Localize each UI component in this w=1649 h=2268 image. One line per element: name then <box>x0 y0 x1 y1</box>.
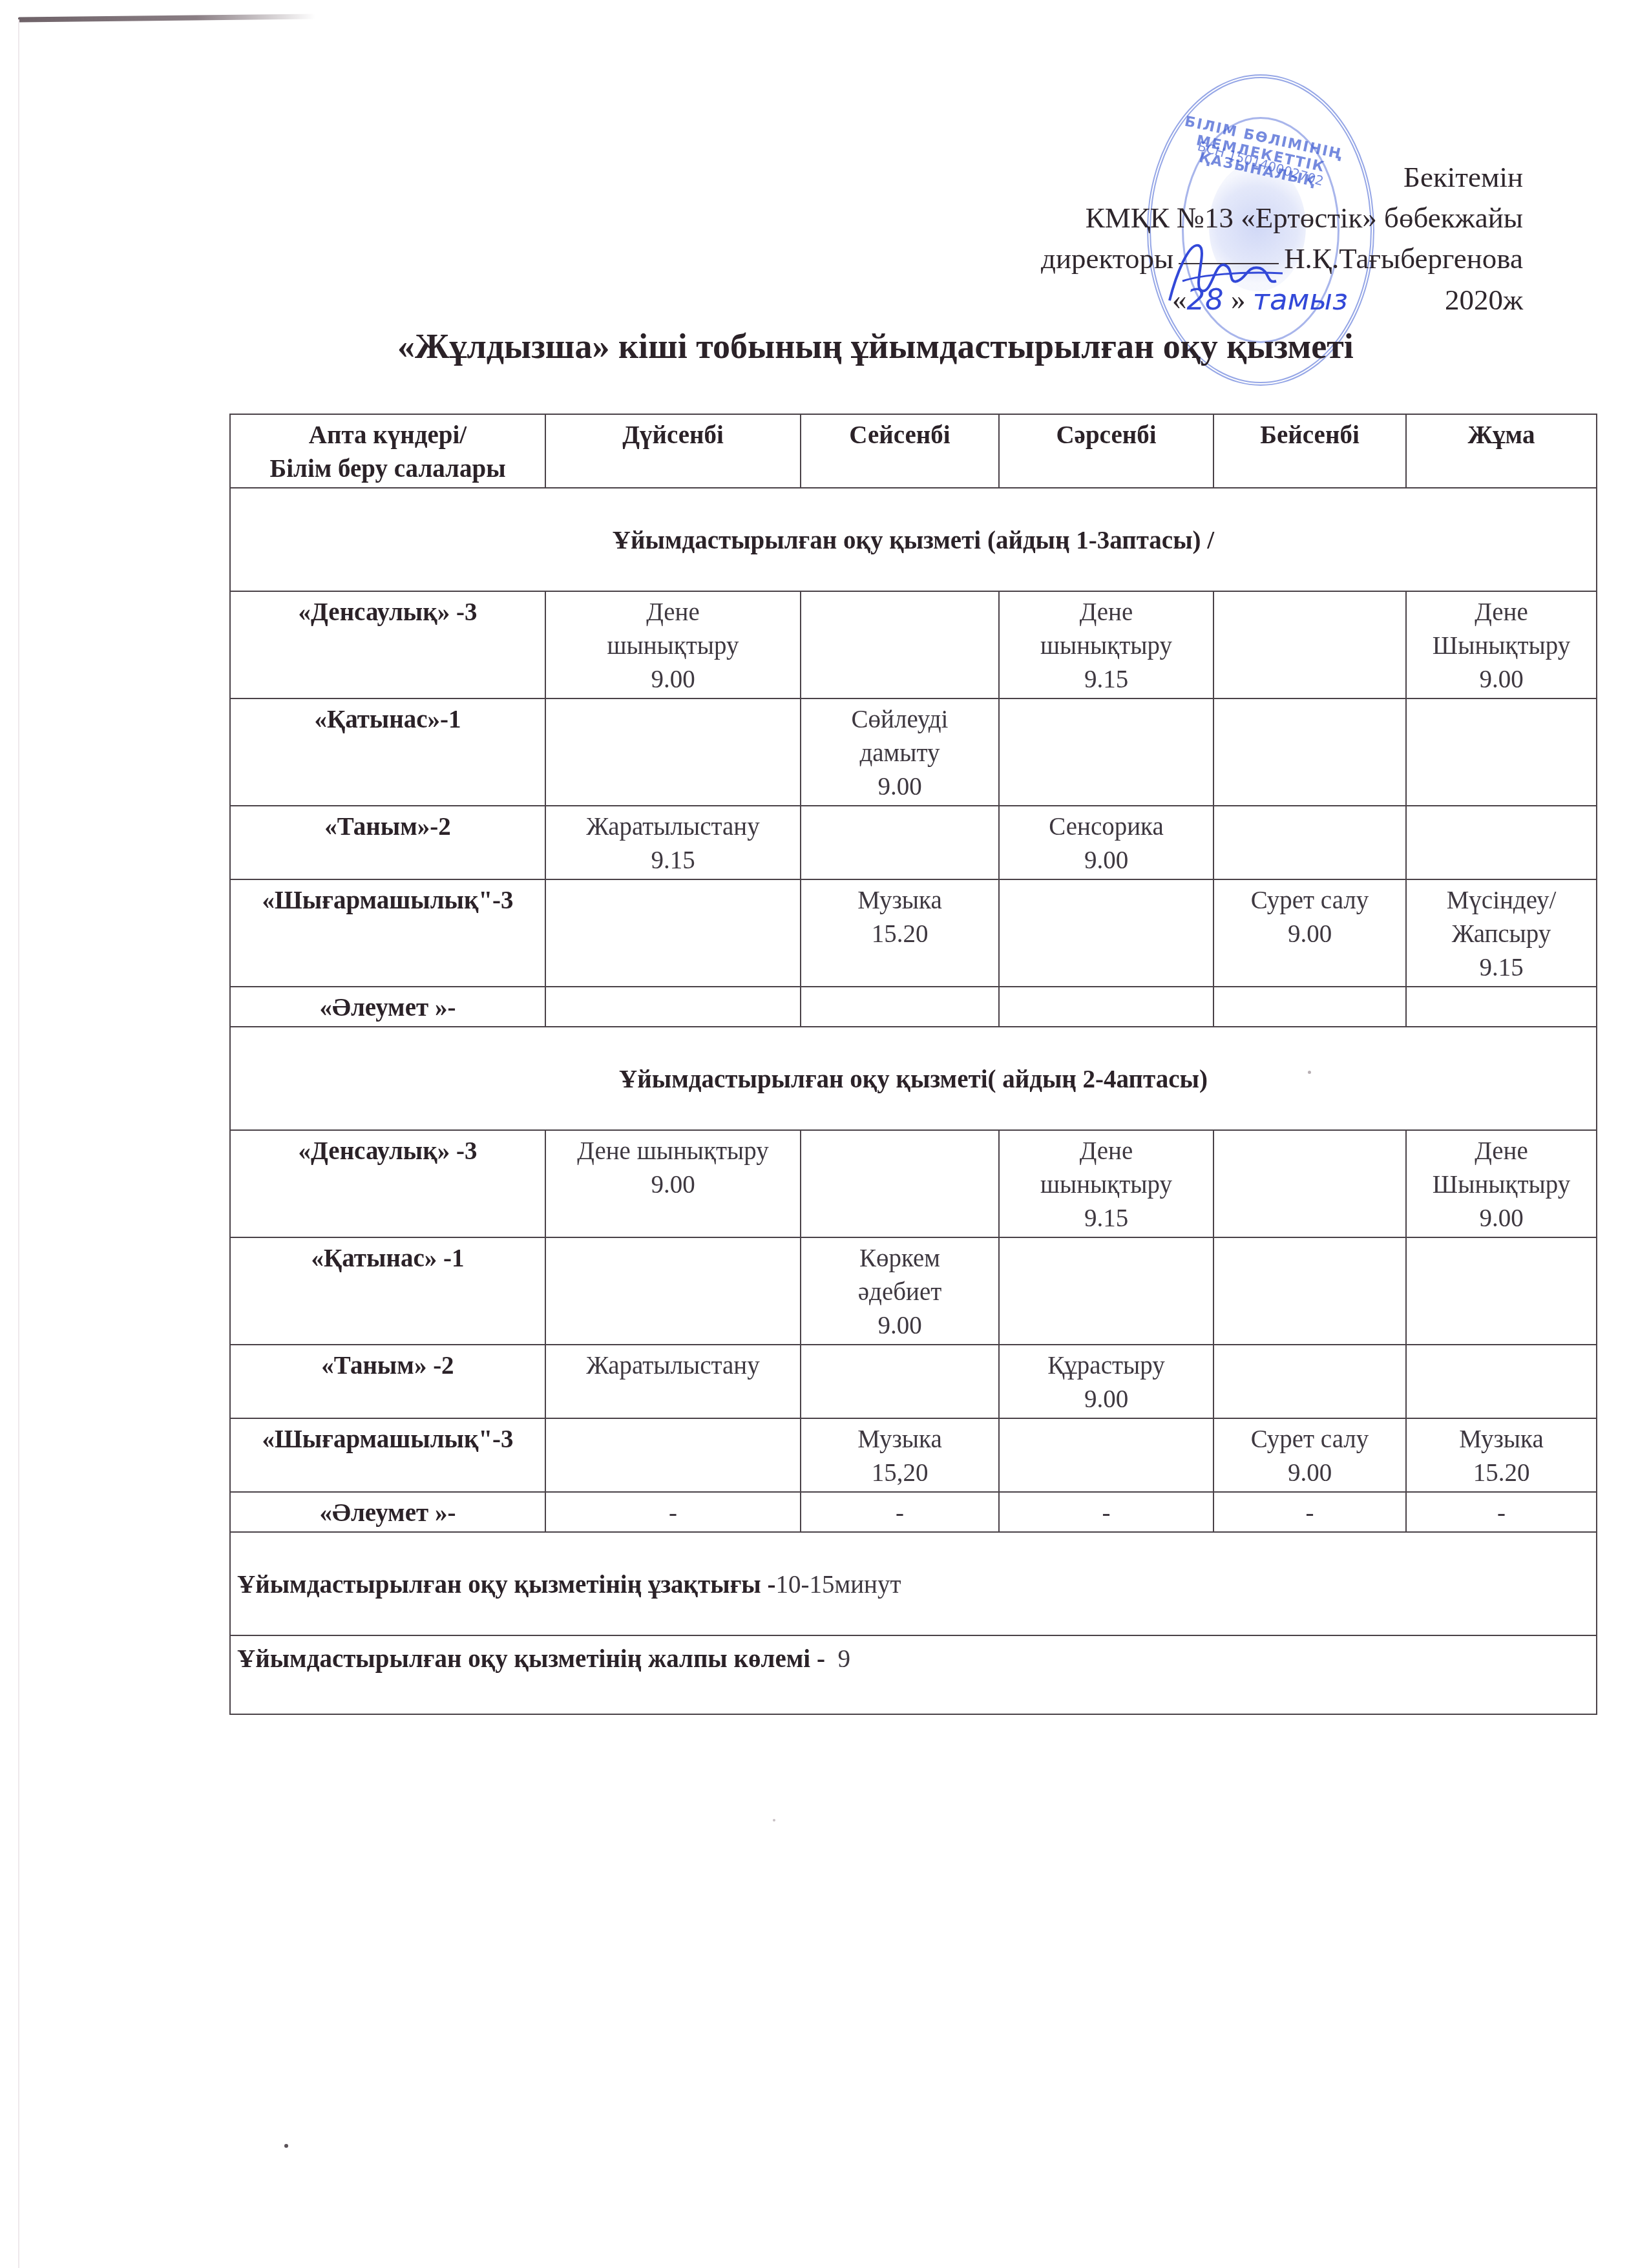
director-name: Н.Қ.Тағыбергенова <box>1284 242 1523 275</box>
duration-value: 10-15минут <box>776 1571 901 1599</box>
activity-line: 9.00 <box>1002 1383 1210 1416</box>
activity-line: әдебиет <box>804 1276 996 1309</box>
table-row: «Қатынас» -1Көркемәдебиет9.00 <box>230 1237 1597 1345</box>
section-title: Ұйымдастырылған оқу қызметі( айдың 2-4ап… <box>230 1027 1597 1130</box>
section-header-row: Ұйымдастырылған оқу қызметі( айдың 2-4ап… <box>230 1027 1597 1130</box>
activity-cell <box>545 987 801 1027</box>
activity-line: 15,20 <box>804 1456 996 1490</box>
activity-cell: Музыка15.20 <box>801 879 999 987</box>
activity-line: - <box>1002 1496 1210 1530</box>
activity-cell: Денешынықтыру9.15 <box>999 1130 1213 1237</box>
table-row: «Таным»-2Жаратылыстану9.15Сенсорика9.00 <box>230 806 1597 879</box>
header-day: Дүйсенбі <box>545 414 801 488</box>
header-day: Бейсенбі <box>1213 414 1406 488</box>
activity-line: 9.00 <box>1409 1202 1593 1235</box>
document-title: «Жұлдызша» кіші тобының ұйымдастырылған … <box>397 326 1354 366</box>
activity-line: 9.00 <box>804 1309 996 1343</box>
education-area: «Таным»-2 <box>230 806 545 879</box>
activity-line: Сурет салу <box>1217 1423 1403 1456</box>
activity-cell <box>1213 591 1406 698</box>
activity-cell: Құрастыру9.00 <box>999 1345 1213 1418</box>
activity-line: Сенсорика <box>1002 810 1210 844</box>
activity-line: Дене шынықтыру <box>549 1135 797 1168</box>
scan-speck <box>284 2144 288 2148</box>
activity-line: 9.00 <box>804 770 996 804</box>
activity-cell <box>545 1237 801 1345</box>
activity-cell: Сурет салу9.00 <box>1213 1418 1406 1492</box>
activity-line: 9.00 <box>1002 844 1210 877</box>
activity-line: Дене <box>1002 1135 1210 1168</box>
table-row: «Әлеумет »------ <box>230 1492 1597 1532</box>
activity-cell: Сурет салу9.00 <box>1213 879 1406 987</box>
activity-line: Құрастыру <box>1002 1349 1210 1383</box>
education-area: «Шығармашылық"-3 <box>230 879 545 987</box>
activity-cell: Музыка15.20 <box>1406 1418 1597 1492</box>
scan-shadow <box>18 14 315 23</box>
section-title: Ұйымдастырылған оқу қызметі (айдың 1-3ап… <box>230 488 1597 591</box>
education-area: «Таным» -2 <box>230 1345 545 1418</box>
education-area: «Әлеумет »- <box>230 987 545 1027</box>
activity-cell <box>1213 1345 1406 1418</box>
activity-line: Көркем <box>804 1242 996 1276</box>
activity-cell <box>1213 698 1406 806</box>
volume-value: 9 <box>837 1645 850 1673</box>
activity-line: 9.00 <box>549 663 797 697</box>
activity-line: - <box>804 1496 996 1530</box>
activity-line: Сөйлеуді <box>804 703 996 737</box>
activity-cell <box>545 698 801 806</box>
activity-cell: Мүсіндеу/Жапсыру9.15 <box>1406 879 1597 987</box>
activity-cell <box>999 1418 1213 1492</box>
activity-cell: Сөйлеудідамыту9.00 <box>801 698 999 806</box>
activity-cell: Дене шынықтыру9.00 <box>545 1130 801 1237</box>
volume-label: Ұйымдастырылған оқу қызметінің жалпы көл… <box>237 1645 825 1673</box>
activity-line: 15.20 <box>804 918 996 951</box>
activity-line: Шынықтыру <box>1409 629 1593 663</box>
activity-cell <box>1213 1237 1406 1345</box>
activity-cell: - <box>801 1492 999 1532</box>
activity-cell <box>801 987 999 1027</box>
table-row: «Шығармашылық"-3Музыка15,20Сурет салу9.0… <box>230 1418 1597 1492</box>
activity-cell: - <box>999 1492 1213 1532</box>
activity-line: Музыка <box>804 1423 996 1456</box>
activity-line: 9.00 <box>1409 663 1593 697</box>
activity-cell: Музыка15,20 <box>801 1418 999 1492</box>
table-row: «Әлеумет »- <box>230 987 1597 1027</box>
activity-line: Дене <box>1409 1135 1593 1168</box>
activity-cell <box>545 1418 801 1492</box>
activity-cell <box>801 1130 999 1237</box>
activity-cell: - <box>545 1492 801 1532</box>
activity-cell: ДенеШынықтыру9.00 <box>1406 1130 1597 1237</box>
table-row: «Таным» -2ЖаратылыстануҚұрастыру9.00 <box>230 1345 1597 1418</box>
activity-cell <box>1213 806 1406 879</box>
table-row: «Денсаулық» -3Дене шынықтыру9.00Денешыны… <box>230 1130 1597 1237</box>
activity-cell: Сенсорика9.00 <box>999 806 1213 879</box>
date-year: 2020ж <box>1445 284 1523 316</box>
activity-cell <box>1406 1237 1597 1345</box>
activity-line: Сурет салу <box>1217 884 1403 918</box>
activity-line: 15.20 <box>1409 1456 1593 1490</box>
activity-cell <box>1213 987 1406 1027</box>
activity-cell: Денешынықтыру9.15 <box>999 591 1213 698</box>
activity-line: 9.15 <box>549 844 797 877</box>
activity-cell <box>801 1345 999 1418</box>
activity-cell: Жаратылыстану <box>545 1345 801 1418</box>
activity-line: Музыка <box>1409 1423 1593 1456</box>
duration-row: Ұйымдастырылған оқу қызметінің ұзақтығы … <box>230 1532 1597 1635</box>
volume-row: Ұйымдастырылған оқу қызметінің жалпы көл… <box>230 1635 1597 1714</box>
table-row: «Шығармашылық"-3Музыка15.20Сурет салу9.0… <box>230 879 1597 987</box>
activity-line: Шынықтыру <box>1409 1168 1593 1202</box>
activity-line: Дене <box>1409 596 1593 629</box>
scan-speck <box>773 1819 775 1822</box>
activity-cell <box>801 591 999 698</box>
activity-line: шынықтыру <box>1002 629 1210 663</box>
activity-line: Дене <box>549 596 797 629</box>
activity-line: Жаратылыстану <box>549 810 797 844</box>
activity-cell: Көркемәдебиет9.00 <box>801 1237 999 1345</box>
activity-cell <box>545 879 801 987</box>
table-header-row: Апта күндері/ Білім беру салалары Дүйсен… <box>230 414 1597 488</box>
activity-line: 9.15 <box>1002 1202 1210 1235</box>
activity-cell <box>801 806 999 879</box>
activity-line: - <box>549 1496 797 1530</box>
volume-cell: Ұйымдастырылған оқу қызметінің жалпы көл… <box>230 1635 1597 1714</box>
education-area: «Шығармашылық"-3 <box>230 1418 545 1492</box>
activity-line: Музыка <box>804 884 996 918</box>
table-row: «Қатынас»-1Сөйлеудідамыту9.00 <box>230 698 1597 806</box>
education-area: «Денсаулық» -3 <box>230 1130 545 1237</box>
activity-cell: ДенеШынықтыру9.00 <box>1406 591 1597 698</box>
activity-line: шынықтыру <box>549 629 797 663</box>
activity-line: - <box>1217 1496 1403 1530</box>
director-label: директоры <box>1041 242 1173 275</box>
activity-line: 9.00 <box>1217 1456 1403 1490</box>
activity-cell <box>1406 1345 1597 1418</box>
scan-speck <box>1308 1071 1311 1074</box>
header-day: Сейсенбі <box>801 414 999 488</box>
activity-cell <box>1406 987 1597 1027</box>
header-day: Жұма <box>1406 414 1597 488</box>
activity-cell: - <box>1406 1492 1597 1532</box>
activity-cell: - <box>1213 1492 1406 1532</box>
duration-label: Ұйымдастырылған оқу қызметінің ұзақтығы … <box>237 1571 776 1599</box>
activity-cell <box>999 987 1213 1027</box>
table-row: «Денсаулық» -3Денешынықтыру9.00Денешынық… <box>230 591 1597 698</box>
activity-cell <box>999 879 1213 987</box>
activity-line: - <box>1409 1496 1593 1530</box>
activity-line: 9.15 <box>1409 951 1593 985</box>
activity-line: Дене <box>1002 596 1210 629</box>
activity-cell <box>1213 1130 1406 1237</box>
activity-line: 9.00 <box>549 1168 797 1202</box>
activity-cell: Жаратылыстану9.15 <box>545 806 801 879</box>
section-header-row: Ұйымдастырылған оқу қызметі (айдың 1-3ап… <box>230 488 1597 591</box>
approval-institution: КМҚК №13 «Ертөстік» бөбекжайы <box>1041 198 1523 238</box>
scan-edge <box>18 19 19 2268</box>
schedule-table: Апта күндері/ Білім беру салалары Дүйсен… <box>229 414 1597 1715</box>
education-area: «Қатынас»-1 <box>230 698 545 806</box>
activity-line: дамыту <box>804 737 996 770</box>
header-area-label: Апта күндері/ Білім беру салалары <box>230 414 545 488</box>
education-area: «Денсаулық» -3 <box>230 591 545 698</box>
activity-cell <box>1406 806 1597 879</box>
activity-line: Жапсыру <box>1409 918 1593 951</box>
activity-line: Мүсіндеу/ <box>1409 884 1593 918</box>
education-area: «Қатынас» -1 <box>230 1237 545 1345</box>
activity-line: 9.00 <box>1217 918 1403 951</box>
activity-line: 9.15 <box>1002 663 1210 697</box>
activity-line: шынықтыру <box>1002 1168 1210 1202</box>
duration-cell: Ұйымдастырылған оқу қызметінің ұзақтығы … <box>230 1532 1597 1635</box>
header-day: Сәрсенбі <box>999 414 1213 488</box>
activity-cell <box>999 1237 1213 1345</box>
activity-cell <box>1406 698 1597 806</box>
signature-icon <box>1163 236 1286 307</box>
activity-cell: Денешынықтыру9.00 <box>545 591 801 698</box>
activity-line: Жаратылыстану <box>549 1349 797 1383</box>
education-area: «Әлеумет »- <box>230 1492 545 1532</box>
approval-heading: Бекітемін <box>1041 157 1523 198</box>
activity-cell <box>999 698 1213 806</box>
